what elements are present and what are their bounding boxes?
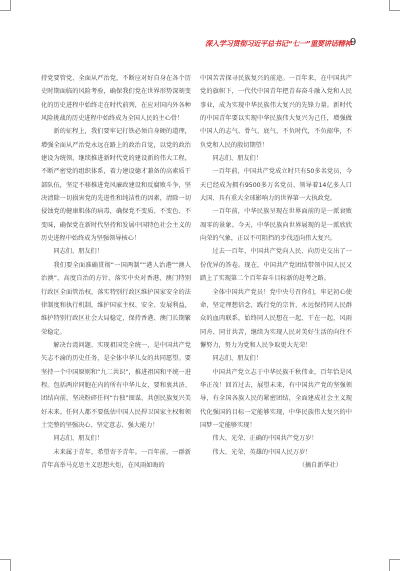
paragraph: 我们要全面准确贯彻“一国两制”“港人治港”“澳人治澳”、高度自治的方针，落实中央… — [41, 259, 191, 339]
paragraph: 解决台湾问题、实现祖国完全统一，是中国共产党矢志不渝的历史任务，是全体中华儿女的… — [41, 339, 191, 432]
paragraph: 一百年前，中国共产党成立时只有50多名党员，今天已经成为拥有9500多万名党员、… — [200, 165, 352, 205]
paragraph: 中国苦苦探寻民族复兴的前途。一百年来，在中国共产党的旗帜下，一代代中国青年把青春… — [200, 72, 352, 152]
paragraph: 伟大、光荣、英雄的中国人民万岁！ — [200, 446, 352, 459]
paragraph: 过去一百年，中国共产党向人民、向历史交出了一份优异的答卷。现在，中国共产党团结带… — [200, 245, 352, 285]
paragraph: 新的征程上，我们要牢记打铁必须自身硬的道理，增强全面从严治党永远在路上的政治自觉… — [41, 125, 191, 245]
paragraph: 未来属于青年，希望寄予青年。一百年前，一群新青年高举马克思主义思想火炬，在风雨如… — [41, 446, 191, 473]
page-number: 9 — [350, 37, 356, 48]
paragraph: 中国共产党立志于中华民族千秋伟业，百年恰是风华正茂！回首过去，展望未来，有中国共… — [200, 366, 352, 433]
source-signature: （摘自新华社） — [200, 459, 352, 472]
right-column: 中国苦苦探寻民族复兴的前途。一百年来，在中国共产党的旗帜下，一代代中国青年把青春… — [200, 72, 352, 472]
paragraph: 同志们、朋友们！ — [200, 352, 352, 365]
left-column: 持党要管党、全面从严治党，不断应对好自身在各个历史时期面临的风险考验，确保我们党… — [41, 72, 191, 472]
crop-mark-bottom-right — [389, 559, 400, 571]
paragraph: 同志们、朋友们！ — [41, 245, 191, 258]
paragraph: 持党要管党、全面从严治党，不断应对好自身在各个历史时期面临的风险考验，确保我们党… — [41, 72, 191, 125]
paragraph: 全体中国共产党员！党中央号召你们，牢记初心使命，坚定理想信念，践行党的宗旨，永远… — [200, 286, 352, 353]
paragraph: 一百年前，中华民族呈现在世界面前的是一派衰败凋零的景象。今天，中华民族向世界展现… — [200, 205, 352, 245]
crop-mark-top-left — [0, 0, 11, 11]
paragraph: 同志们、朋友们！ — [41, 432, 191, 445]
crop-mark-top-right — [389, 0, 400, 11]
paragraph: 伟大、光荣、正确的中国共产党万岁！ — [200, 432, 352, 445]
crop-mark-bottom-left — [0, 559, 11, 571]
paragraph: 同志们、朋友们！ — [200, 152, 352, 165]
running-head-title: 深入学习贯彻习近平总书记“七一”重要讲话精神 — [205, 39, 345, 49]
